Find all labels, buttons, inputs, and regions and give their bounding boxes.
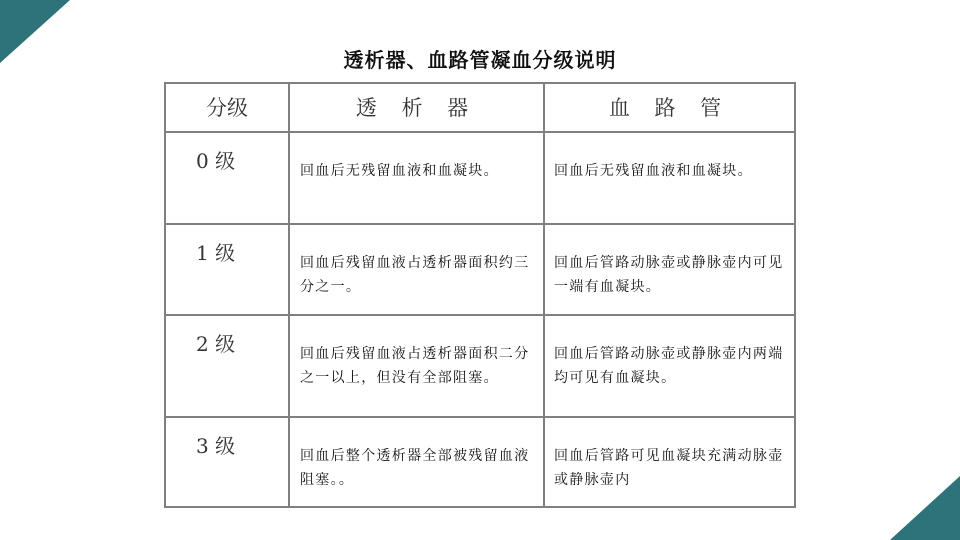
header-dialyzer: 透 析 器: [289, 83, 544, 132]
table-row: 2 级 回血后残留血液占透析器面积二分之一以上，但没有全部阻塞。 回血后管路动脉…: [165, 315, 795, 416]
blood-line-cell: 回血后管路动脉壶或静脉壶内可见一端有血凝块。: [544, 224, 795, 315]
blood-line-cell: 回血后无残留血液和血凝块。: [544, 132, 795, 224]
dialyzer-cell: 回血后残留血液占透析器面积约三分之一。: [289, 224, 544, 315]
table-row: 3 级 回血后整个透析器全部被残留血液阻塞。。 回血后管路可见血凝块充满动脉壶或…: [165, 417, 795, 507]
dialyzer-cell: 回血后无残留血液和血凝块。: [289, 132, 544, 224]
grade-cell: 3 级: [165, 417, 289, 507]
coagulation-grade-table: 分级 透 析 器 血 路 管 0 级 回血后无残留血液和血凝块。 回血后无残留血…: [164, 82, 796, 508]
decorative-corner-bottom-right: [890, 476, 960, 540]
table-header-row: 分级 透 析 器 血 路 管: [165, 83, 795, 132]
header-grade: 分级: [165, 83, 289, 132]
grade-cell: 2 级: [165, 315, 289, 416]
slide-title: 透析器、血路管凝血分级说明: [0, 44, 960, 73]
table-row: 1 级 回血后残留血液占透析器面积约三分之一。 回血后管路动脉壶或静脉壶内可见一…: [165, 224, 795, 315]
dialyzer-cell: 回血后残留血液占透析器面积二分之一以上，但没有全部阻塞。: [289, 315, 544, 416]
grade-cell: 1 级: [165, 224, 289, 315]
blood-line-cell: 回血后管路可见血凝块充满动脉壶或静脉壶内: [544, 417, 795, 507]
table-row: 0 级 回血后无残留血液和血凝块。 回血后无残留血液和血凝块。: [165, 132, 795, 224]
header-blood-line: 血 路 管: [544, 83, 795, 132]
dialyzer-cell: 回血后整个透析器全部被残留血液阻塞。。: [289, 417, 544, 507]
grade-cell: 0 级: [165, 132, 289, 224]
blood-line-cell: 回血后管路动脉壶或静脉壶内两端均可见有血凝块。: [544, 315, 795, 416]
